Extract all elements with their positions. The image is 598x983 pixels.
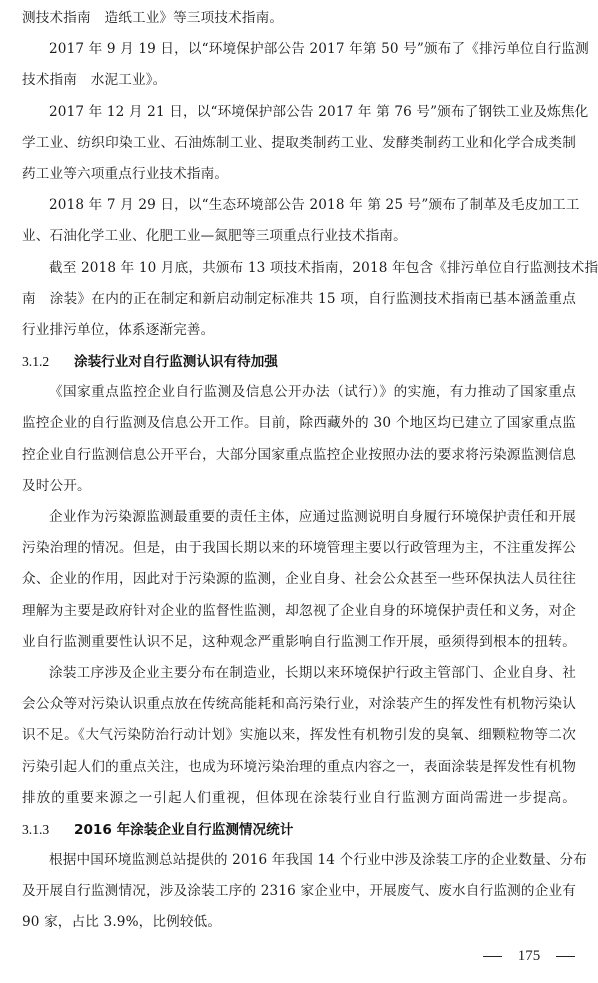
text-line: 90 家，占比 3.9%，比例较低。	[22, 907, 576, 938]
text-line: 污染引起人们的重点关注，也成为环境污染治理的重点内容之一，表面涂装是挥发性有机物	[22, 752, 576, 783]
text-line: 及时公开。	[22, 471, 576, 502]
text-line: 会公众等对污染认识重点放在传统高能耗和高污染行业，对涂装产生的挥发性有机物污染认	[22, 689, 576, 720]
paragraph-block-statistics: 根据中国环境监测总站提供的 2016 年我国 14 个行业中涉及涂装工序的企业数…	[22, 845, 576, 939]
text-line: 涂装工序涉及企业主要分布在制造业，长期以来环境保护行政主管部门、企业自身、社	[22, 658, 576, 689]
dash-left	[483, 956, 502, 957]
section-heading-3-1-2: 3.1.2涂装行业对自行监测认识有待加强	[22, 346, 576, 377]
text-line: 南 涂装》在内的正在制定和新启动制定标准共 15 项，自行监测技术指南已基本涵盖…	[22, 284, 576, 315]
section-title: 涂装行业对自行监测认识有待加强	[74, 354, 278, 370]
text-line: 及开展自行监测情况，涉及涂装工序的 2316 家企业中，开展废气、废水自行监测的…	[22, 876, 576, 907]
paragraph-block-awareness: 《国家重点监控企业自行监测及信息公开办法（试行）》的实施，有力推动了国家重点监控…	[22, 377, 576, 814]
text-line: 控企业自行监测信息公开平台，大部分国家重点监控企业按照办法的要求将污染源监测信息	[22, 440, 576, 471]
text-line: 业、石油化学工业、化肥工业—氮肥等三项重点行业技术指南。	[22, 221, 576, 252]
text-line: 测技术指南 造纸工业》等三项技术指南。	[22, 3, 576, 34]
text-line: 学工业、纺织印染工业、石油炼制工业、提取类制药工业、发酵类制药工业和化学合成类制	[22, 128, 576, 159]
page-number: 175	[518, 948, 541, 965]
text-line: 识不足。《大气污染防治行动计划》实施以来，挥发性有机物引发的臭氧、细颗粒物等二次	[22, 720, 576, 751]
section-heading-3-1-3: 3.1.32016 年涂装企业自行监测情况统计	[22, 814, 576, 845]
text-line: 业自行监测重要性认识不足，这种观念严重影响自行监测工作开展，亟须得到根本的扭转。	[22, 627, 576, 658]
document-page: 测技术指南 造纸工业》等三项技术指南。2017 年 9 月 19 日，以“环境保…	[22, 3, 576, 939]
text-line: 众、企业的作用，因此对于污染源的监测，企业自身、社会公众甚至一些环保执法人员往往	[22, 564, 576, 595]
text-line: 根据中国环境监测总站提供的 2016 年我国 14 个行业中涉及涂装工序的企业数…	[22, 845, 576, 876]
text-line: 技术指南 水泥工业》。	[22, 65, 576, 96]
text-line: 《国家重点监控企业自行监测及信息公开办法（试行）》的实施，有力推动了国家重点	[22, 377, 576, 408]
text-line: 2017 年 12 月 21 日，以“环境保护部公告 2017 年 第 76 号…	[22, 97, 576, 128]
text-line: 药工业等六项重点行业技术指南。	[22, 159, 576, 190]
text-line: 企业作为污染源监测最重要的责任主体，应通过监测说明自身履行环境保护责任和开展	[22, 502, 576, 533]
page-footer: 175	[483, 948, 575, 965]
text-line: 理解为主要是政府针对企业的监督性监测，却忽视了企业自身的环境保护责任和义务，对企	[22, 596, 576, 627]
section-title: 2016 年涂装企业自行监测情况统计	[74, 822, 293, 838]
dash-right	[556, 956, 575, 957]
text-line: 污染治理的情况。但是，由于我国长期以来的环境管理主要以行政管理为主，不注重发挥公	[22, 533, 576, 564]
text-line: 排放的重要来源之一引起人们重视，但体现在涂装行业自行监测方面尚需进一步提高。	[22, 783, 576, 814]
paragraph-block-guidelines: 测技术指南 造纸工业》等三项技术指南。2017 年 9 月 19 日，以“环境保…	[22, 3, 576, 346]
section-number: 3.1.3	[22, 814, 74, 845]
text-line: 行业排污单位，体系逐渐完善。	[22, 315, 576, 346]
text-line: 2018 年 7 月 29 日，以“生态环境部公告 2018 年 第 25 号”…	[22, 190, 576, 221]
text-line: 截至 2018 年 10 月底，共颁布 13 项技术指南，2018 年包含《排污…	[22, 253, 576, 284]
text-line: 监控企业的自行监测及信息公开工作。目前，除西藏外的 30 个地区均已建立了国家重…	[22, 408, 576, 439]
text-line: 2017 年 9 月 19 日，以“环境保护部公告 2017 年第 50 号”颁…	[22, 34, 576, 65]
section-number: 3.1.2	[22, 346, 74, 377]
